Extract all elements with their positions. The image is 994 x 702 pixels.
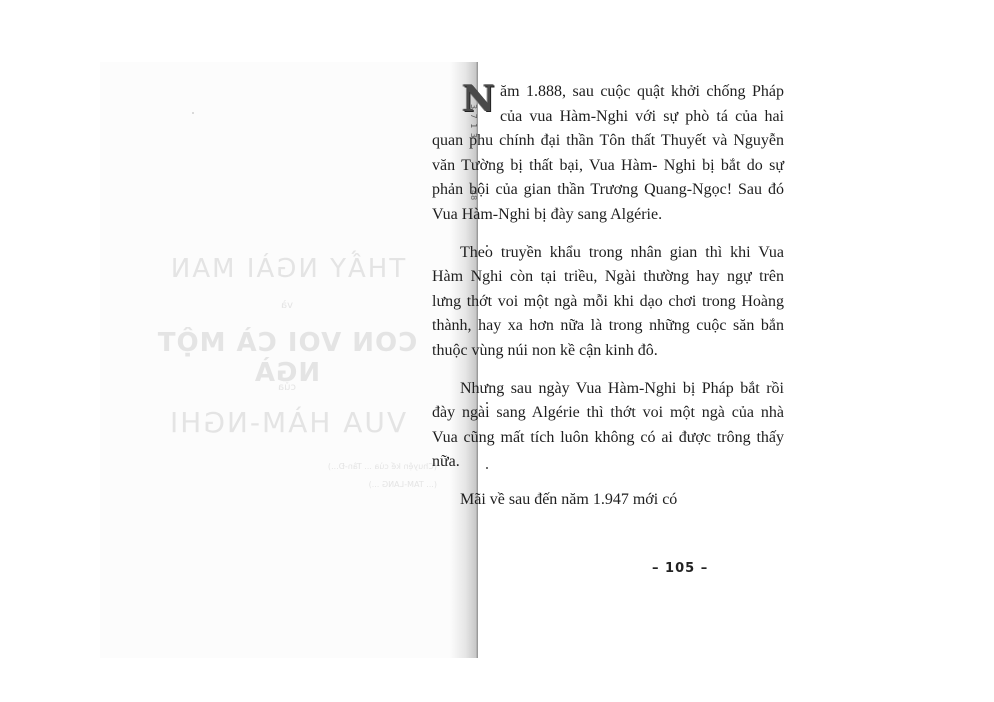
ghost-credit-line-2: (... TAM-LANG ...) bbox=[117, 480, 437, 489]
paragraph-2: Theo truyền khẩu trong nhân gian thì khi… bbox=[432, 241, 784, 364]
ghost-title-line-2: và bbox=[127, 300, 447, 311]
ghost-title-line-1: THẦY NGÀI MAN bbox=[127, 254, 447, 284]
page-number: – 105 – bbox=[652, 561, 708, 576]
ghost-title-line-5: VUA HÀM-NGHI bbox=[127, 406, 447, 439]
left-page: THẦY NGÀI MAN và CON VOI CÀ MỘT NGÀ của … bbox=[100, 62, 477, 658]
paragraph-1: Năm 1.888, sau cuộc quật khởi chống Pháp… bbox=[432, 80, 784, 228]
paragraph-4: Mãi về sau đến năm 1.947 mới có bbox=[432, 488, 784, 513]
body-text: Năm 1.888, sau cuộc quật khởi chống Pháp… bbox=[432, 80, 784, 526]
drop-cap: N bbox=[462, 82, 492, 116]
ghost-credit-line-1: (Chuyện kể của ... Tân-Đ...) bbox=[117, 462, 437, 471]
ghost-title-line-4: của bbox=[127, 382, 447, 393]
bleed-through-title: THẦY NGÀI MAN và CON VOI CÀ MỘT NGÀ của … bbox=[100, 62, 477, 658]
speck bbox=[192, 112, 194, 114]
paragraph-3: Nhưng sau ngày Vua Hàm-Nghi bị Pháp bắt … bbox=[432, 377, 784, 475]
ghost-title-line-3: CON VOI CÀ MỘT NGÀ bbox=[127, 328, 447, 388]
